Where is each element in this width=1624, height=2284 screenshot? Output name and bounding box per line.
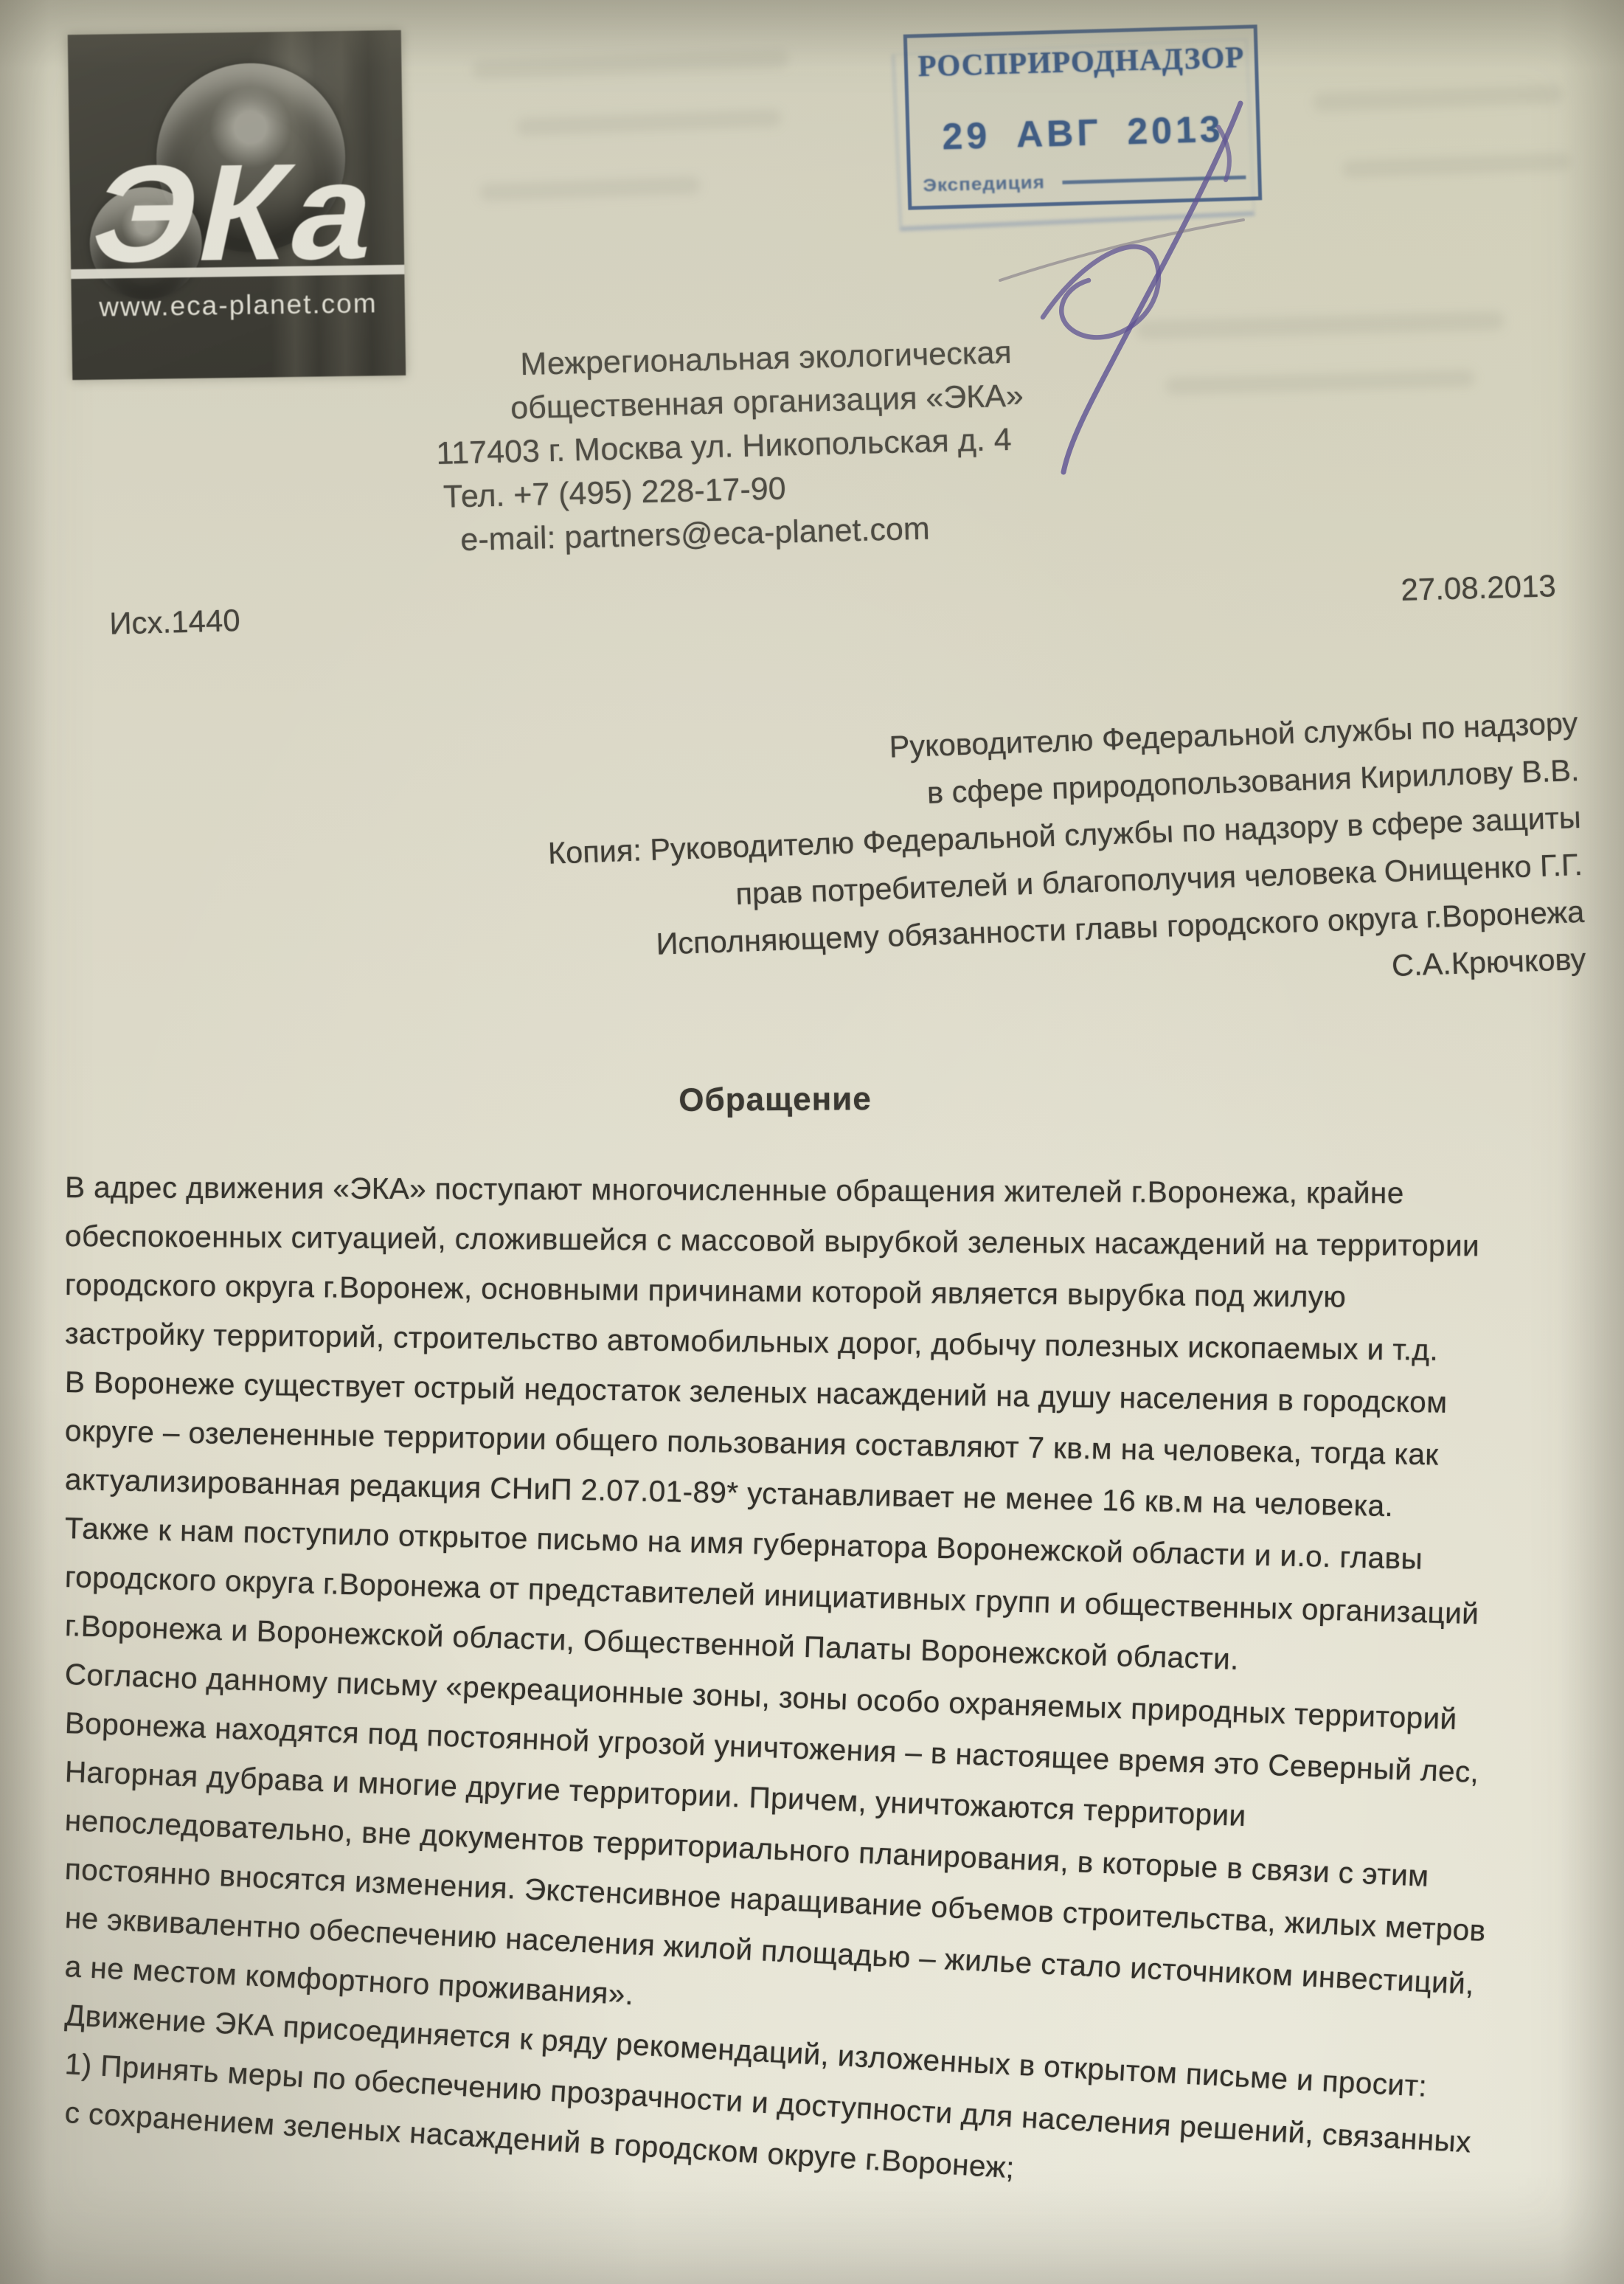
eca-logo: ЭКа www.eca-planet.com	[68, 30, 406, 380]
document-body: В адрес движения «ЭКА» поступают многочи…	[65, 1163, 1609, 2136]
bleedthrough-mark	[1313, 84, 1564, 112]
bleedthrough-mark	[479, 176, 701, 201]
stamp-date: 29 АВГ 2013	[909, 106, 1257, 159]
logo-website: www.eca-planet.com	[72, 288, 406, 323]
bleedthrough-mark	[1342, 153, 1572, 179]
stamp-org-name: РОСПРИРОДНАДЗОР	[907, 38, 1255, 83]
bleedthrough-mark	[516, 109, 782, 136]
stamp-signature-line	[1062, 176, 1246, 184]
logo-brand-text: ЭКа	[49, 142, 425, 284]
reference-row: Исх.1440 27.08.2013	[109, 568, 1557, 641]
outgoing-number: Исх.1440	[109, 603, 240, 642]
letter-date: 27.08.2013	[1401, 568, 1556, 607]
bleedthrough-mark	[472, 49, 790, 80]
letterhead: Межрегиональная экологическая общественн…	[434, 329, 1103, 563]
bleedthrough-mark	[1165, 370, 1475, 395]
stamp-expedition-label: Экспедиция	[923, 172, 1045, 196]
bleedthrough-mark	[1136, 311, 1505, 339]
document-title: Обращение	[0, 1076, 1550, 1124]
body-line: В адрес движения «ЭКА» поступают многочи…	[65, 1163, 1609, 1218]
document-page: ЭКа www.eca-planet.com РОСПРИРОДНАДЗОР 2…	[0, 0, 1624, 2284]
recipients-block: Руководителю Федеральной службы по надзо…	[449, 699, 1586, 1022]
rosprirodnadzor-stamp: РОСПРИРОДНАДЗОР 29 АВГ 2013 Экспедиция	[903, 24, 1262, 210]
